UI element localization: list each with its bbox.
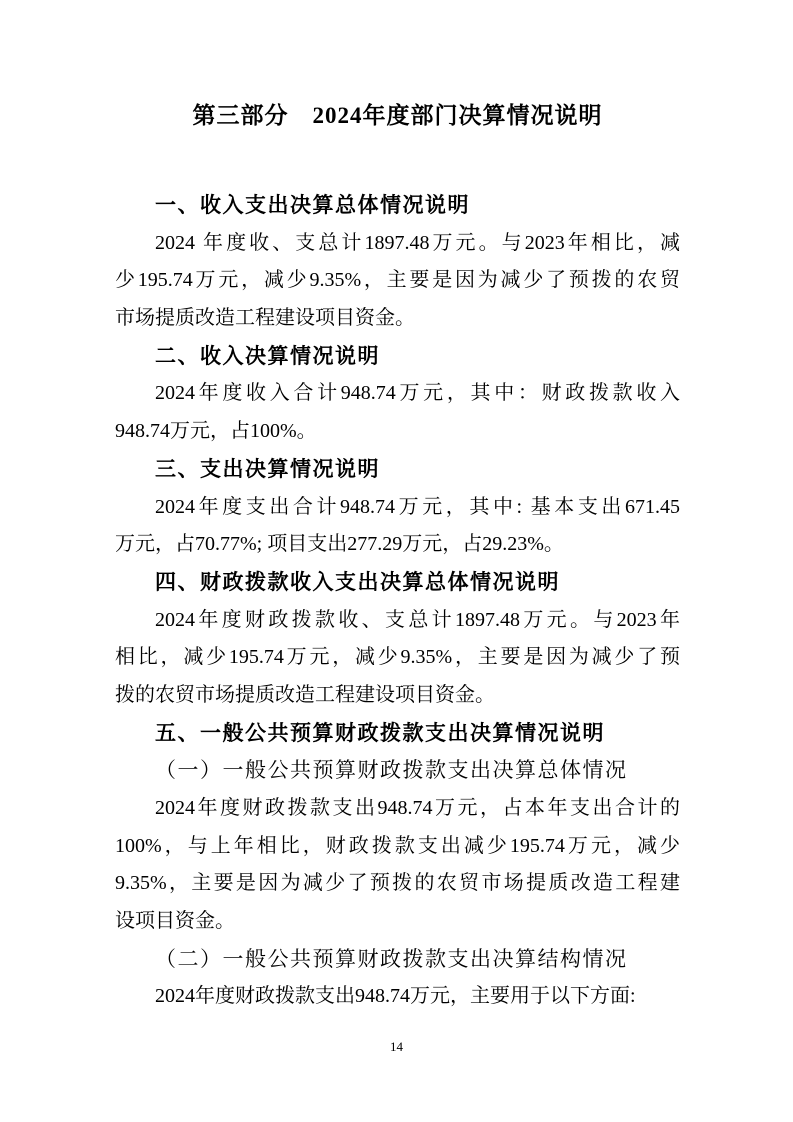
paragraph-line: 100%，与上年相比，财政拨款支出减少195.74万元，减少 <box>115 828 680 866</box>
paragraph-line: 2024年度收入合计948.74万元，其中：财政拨款收入 <box>115 375 680 413</box>
section-heading: 二、收入决算情况说明 <box>115 338 680 376</box>
document-content: 第三部分 2024年度部门决算情况说明 一、收入支出决算总体情况说明2024 年… <box>115 97 680 1016</box>
page-number: 14 <box>0 1040 793 1054</box>
document-page: 第三部分 2024年度部门决算情况说明 一、收入支出决算总体情况说明2024 年… <box>0 0 793 1122</box>
paragraph-line: 2024年度财政拨款支出948.74万元，主要用于以下方面: <box>115 978 680 1016</box>
paragraph-line: 市场提质改造工程建设项目资金。 <box>115 300 680 338</box>
paragraph-line: 2024年度财政拨款支出948.74万元，占本年支出合计的 <box>115 790 680 828</box>
section-heading: 三、支出决算情况说明 <box>115 451 680 489</box>
paragraph-line: 万元，占70.77%; 项目支出277.29万元，占29.23%。 <box>115 526 680 564</box>
sub-heading: （二）一般公共预算财政拨款支出决算结构情况 <box>115 941 680 979</box>
document-title: 第三部分 2024年度部门决算情况说明 <box>115 97 680 135</box>
section-heading: 一、收入支出决算总体情况说明 <box>115 187 680 225</box>
paragraph-line: 2024年度支出合计948.74万元，其中: 基本支出671.45 <box>115 489 680 527</box>
paragraph-line: 相比，减少195.74万元，减少9.35%，主要是因为减少了预 <box>115 639 680 677</box>
section-heading: 五、一般公共预算财政拨款支出决算情况说明 <box>115 715 680 753</box>
document-blocks: 一、收入支出决算总体情况说明2024 年度收、支总计1897.48万元。与202… <box>115 187 680 1016</box>
section-heading: 四、财政拨款收入支出决算总体情况说明 <box>115 564 680 602</box>
paragraph-line: 948.74万元，占100%。 <box>115 413 680 451</box>
paragraph-line: 2024 年度收、支总计1897.48万元。与2023年相比，减 <box>115 225 680 263</box>
paragraph-line: 少195.74万元，减少9.35%，主要是因为减少了预拨的农贸 <box>115 262 680 300</box>
paragraph-line: 9.35%，主要是因为减少了预拨的农贸市场提质改造工程建 <box>115 865 680 903</box>
paragraph-line: 拨的农贸市场提质改造工程建设项目资金。 <box>115 677 680 715</box>
sub-heading: （一）一般公共预算财政拨款支出决算总体情况 <box>115 752 680 790</box>
paragraph-line: 2024年度财政拨款收、支总计1897.48万元。与2023年 <box>115 602 680 640</box>
paragraph-line: 设项目资金。 <box>115 903 680 941</box>
